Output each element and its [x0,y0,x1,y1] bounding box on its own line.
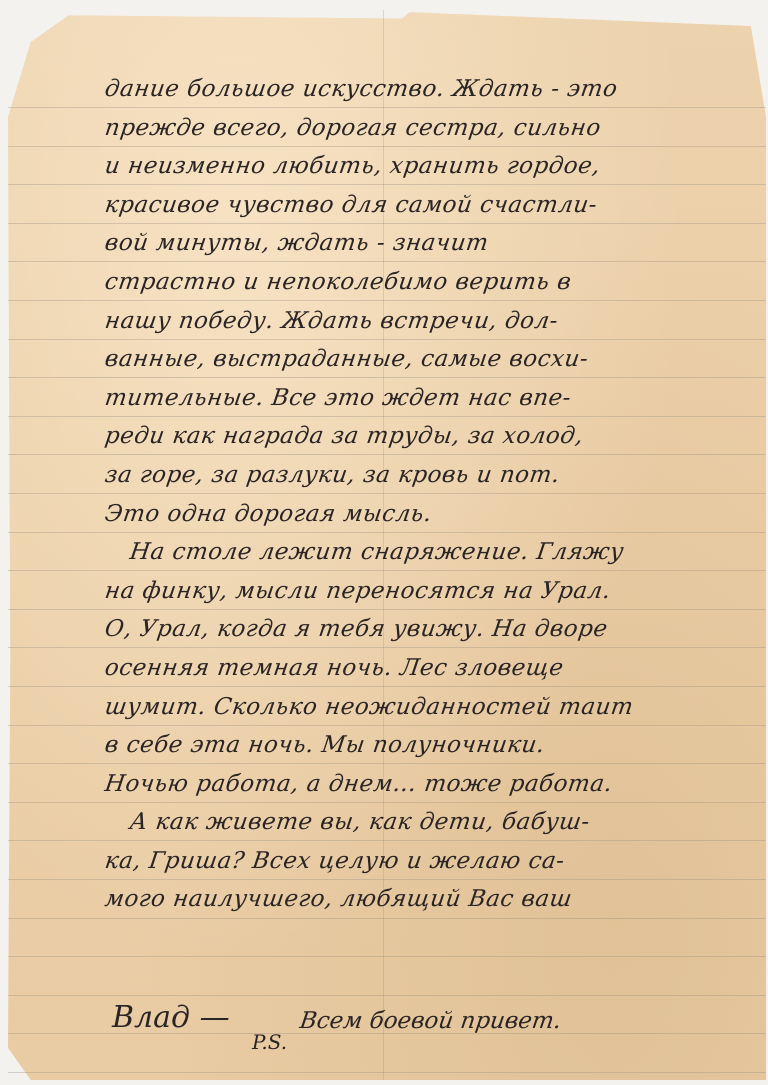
ruled-line [8,956,766,957]
letter-line: на финку, мысли переносятся на Урал. [102,572,747,611]
letter-line: мого наилучшего, любящий Вас ваш [102,880,747,919]
letter-line: дание большое искусство. Ждать - это [102,70,747,109]
ruled-line [8,995,766,996]
letter-line: за горе, за разлуки, за кровь и пот. [102,456,747,495]
letter-line: Это одна дорогая мысль. [102,495,747,534]
letter-line: страстно и непоколебимо верить в [102,263,747,302]
letter-line: Ночью работа, а днем... тоже работа. [102,765,747,804]
letter-line: красивое чувство для самой счастли- [102,186,747,225]
letter-line: прежде всего, дорогая сестра, сильно [102,109,747,148]
letter-line: ванные, выстраданные, самые восхи- [102,340,747,379]
ruled-line [8,1072,766,1073]
letter-body: дание большое искусство. Ждать - это пре… [105,70,745,919]
letter-line: нашу победу. Ждать встречи, дол- [102,302,747,341]
letter-line: осенняя темная ночь. Лес зловеще [102,649,747,688]
letter-line: О, Урал, когда я тебя увижу. На дворе [102,610,747,649]
letter-line-paragraph-start: А как живете вы, как дети, бабуш- [102,803,747,842]
postscript-label: P.S. [252,1030,287,1054]
letter-line: и неизменно любить, хранить гордое, [102,147,747,186]
letter-line: ка, Гриша? Всех целую и желаю са- [102,842,747,881]
postscript-text: Всем боевой привет. [298,1008,563,1034]
letter-line: реди как награда за труды, за холод, [102,417,747,456]
letter-line: в себе эта ночь. Мы полуночники. [102,726,747,765]
signature: Влад — [112,1000,230,1035]
letter-line: тительные. Все это ждет нас впе- [102,379,747,418]
letter-line: вой минуты, ждать - значит [102,224,747,263]
letter-line: шумит. Сколько неожиданностей таит [102,688,747,727]
letter-line-paragraph-start: На столе лежит снаряжение. Гляжу [102,533,747,572]
